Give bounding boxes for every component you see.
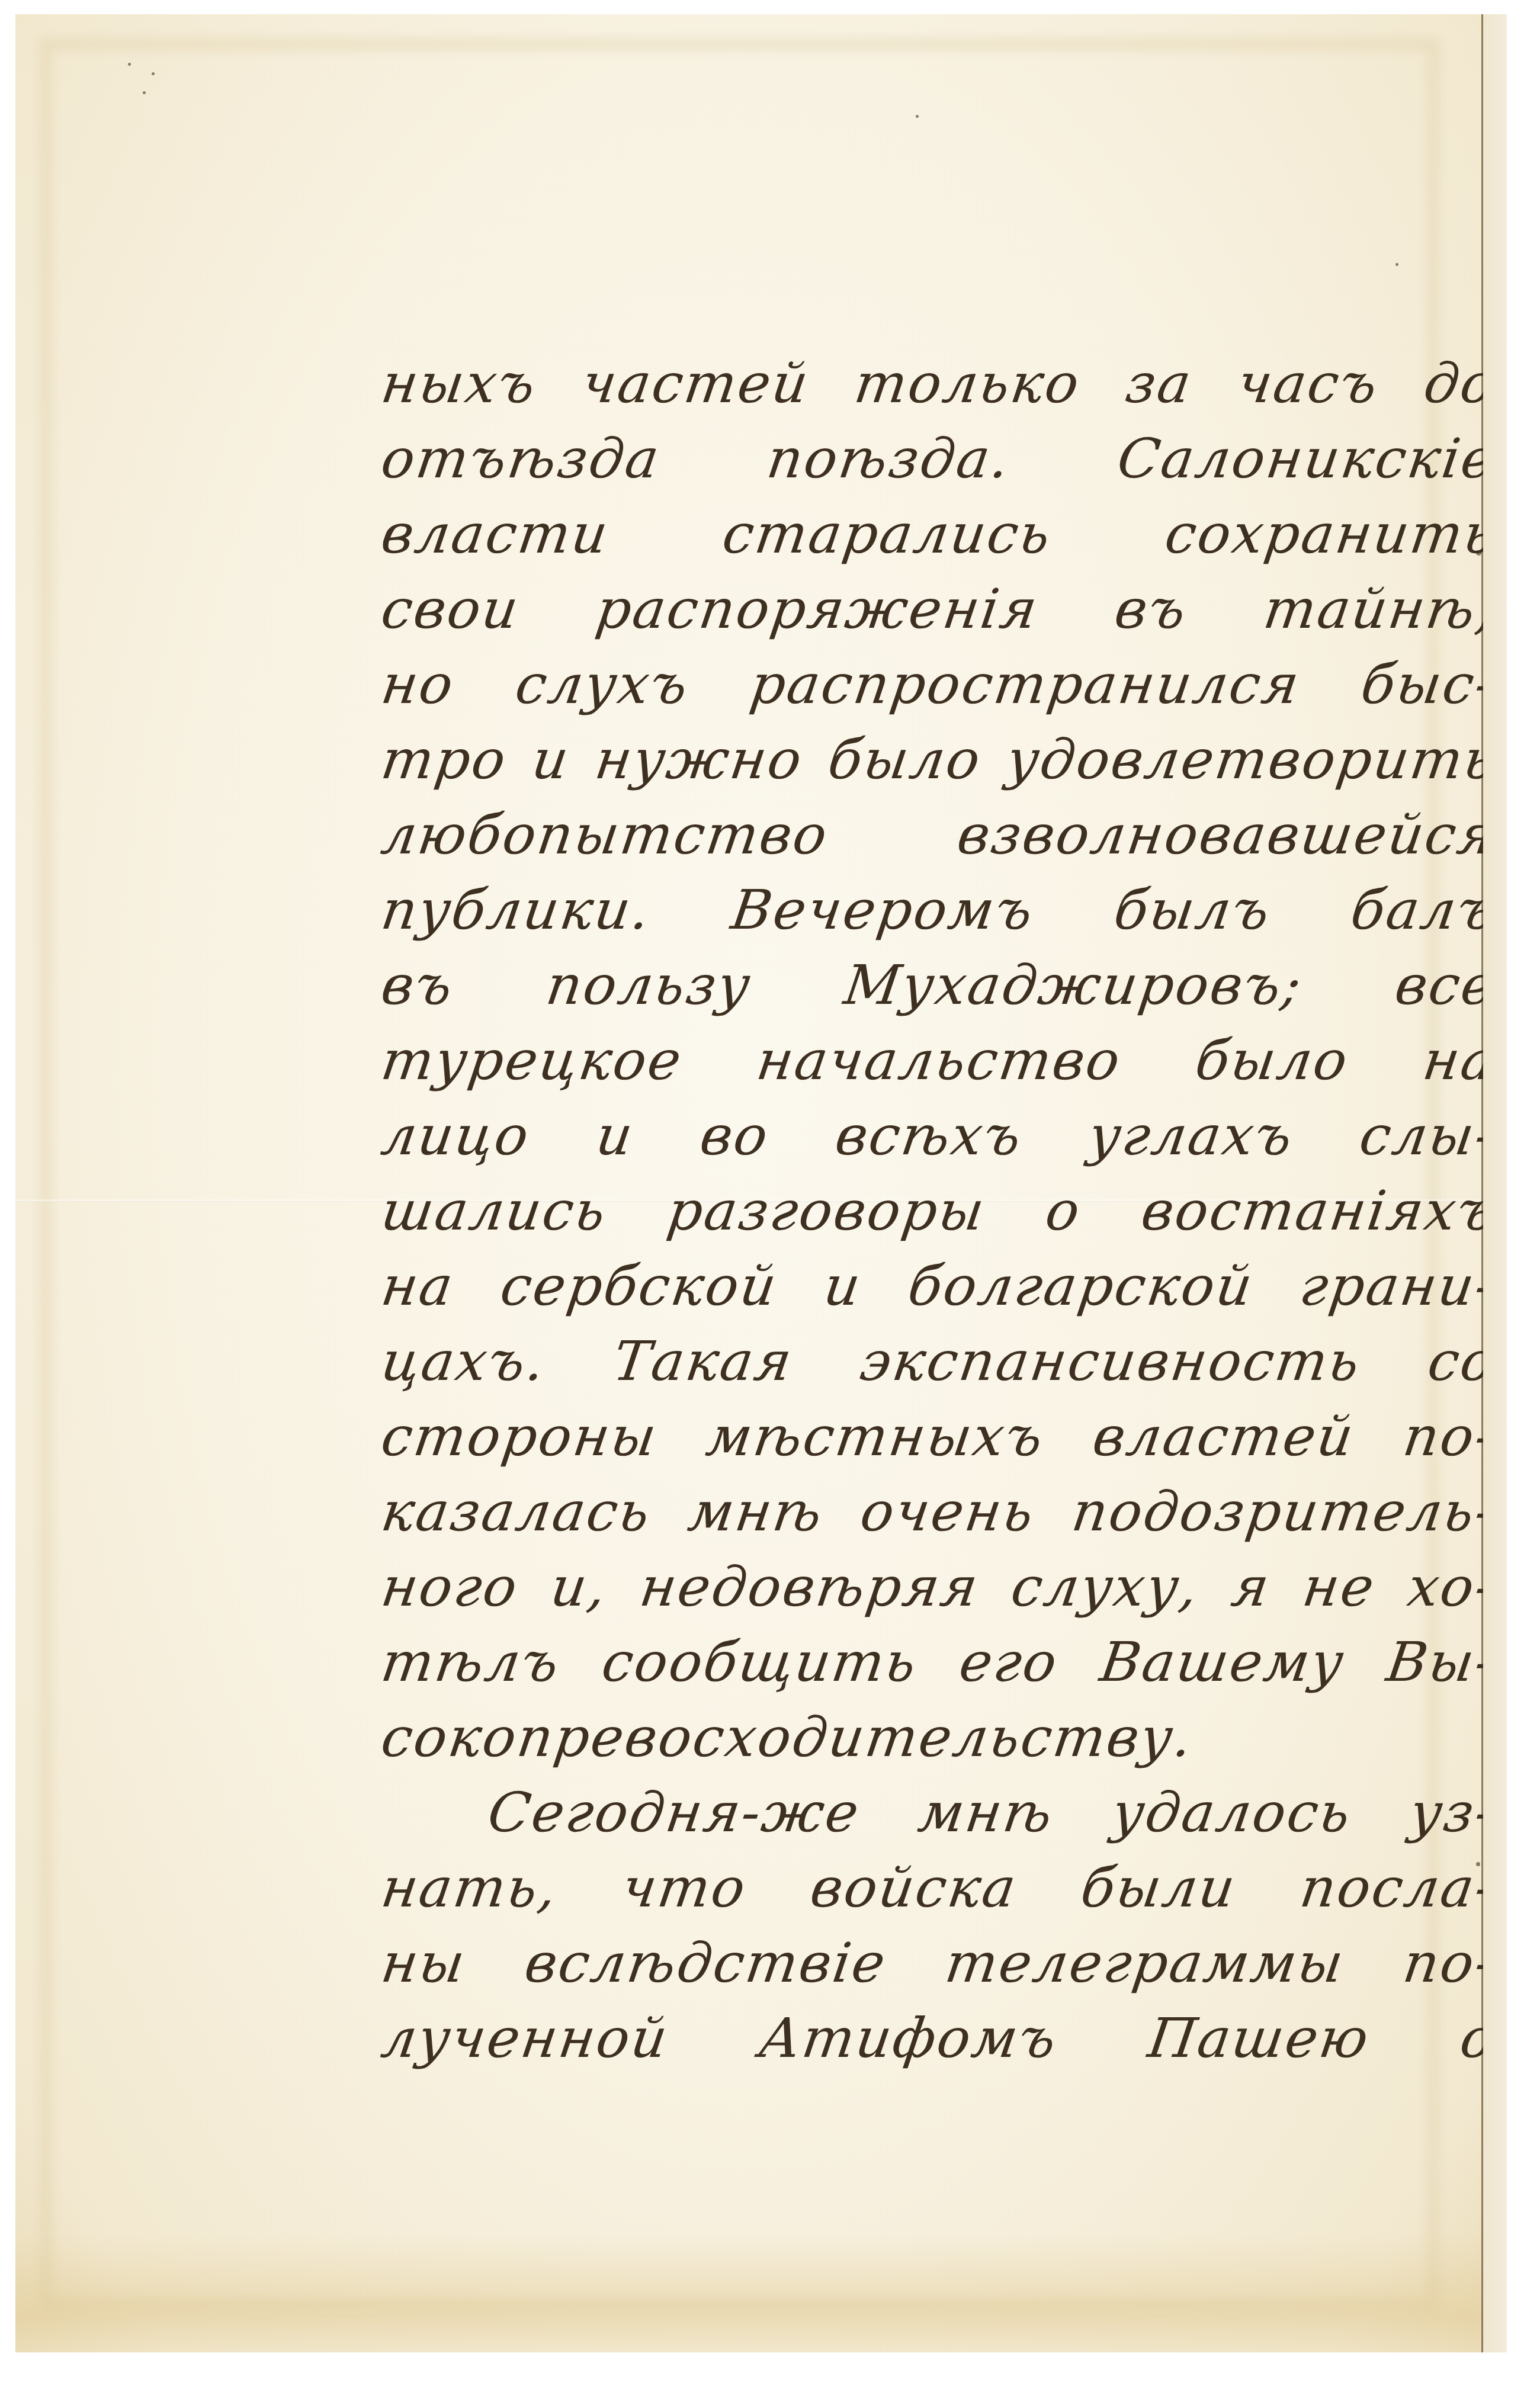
handwritten-text: ныхъ частей только за часъ до отъѣзда по… — [377, 346, 1490, 2076]
text-line-10: турецкое начальство было на — [377, 1023, 1501, 1098]
ink-speck — [152, 72, 155, 75]
text-line-23: лученной Атифомъ Пашею о — [377, 2001, 1501, 2076]
text-line-4: свои распоряженія въ тайнѣ, — [377, 572, 1501, 647]
text-line-7: любопытство взволновавшейся — [377, 797, 1501, 872]
text-line-5: но слухъ распространился быс- — [377, 647, 1501, 722]
text-line-2: отъѣзда поѣзда. Салоникскіе — [377, 421, 1501, 496]
text-line-20-paragraph-start: Сегодня-же мнѣ удалось уз- — [377, 1775, 1501, 1850]
scanned-sheet: ныхъ частей только за часъ до отъѣзда по… — [15, 14, 1507, 2352]
text-line-11: лицо и во всѣхъ углахъ слы- — [377, 1098, 1501, 1173]
adjacent-leaf-edge — [1483, 14, 1507, 2352]
text-line-13: на сербской и болгарской грани- — [377, 1248, 1501, 1324]
text-line-12: шались разговоры о востаніяхъ — [377, 1173, 1501, 1248]
text-line-8: публики. Вечеромъ былъ балъ — [377, 872, 1501, 948]
text-line-18: тѣлъ сообщить его Вашему Вы- — [377, 1625, 1501, 1700]
text-line-6: тро и нужно было удовлетворить — [377, 722, 1501, 797]
text-line-17: ного и, недовѣряя слуху, я не хо- — [377, 1549, 1501, 1625]
text-line-21: нать, что войска были посла- — [377, 1850, 1501, 1925]
text-line-22: ны вслѣдствіе телеграммы по- — [377, 1925, 1501, 2001]
text-line-3: власти старались сохранить — [377, 496, 1501, 572]
text-line-16: казалась мнѣ очень подозритель- — [377, 1474, 1501, 1549]
text-line-19: сокопревосходительству. — [377, 1700, 1501, 1775]
ink-speck — [128, 63, 131, 66]
text-line-15: стороны мѣстныхъ властей по- — [377, 1399, 1501, 1474]
manuscript-page: ныхъ частей только за часъ до отъѣзда по… — [15, 14, 1483, 2352]
text-line-14: цахъ. Такая экспансивность со — [377, 1324, 1501, 1399]
text-line-1: ныхъ частей только за часъ до — [377, 346, 1501, 421]
text-line-9: въ пользу Мухаджировъ; все — [377, 948, 1501, 1023]
ink-speck — [143, 91, 146, 94]
ink-speck — [916, 115, 919, 118]
ink-speck — [1395, 263, 1398, 266]
